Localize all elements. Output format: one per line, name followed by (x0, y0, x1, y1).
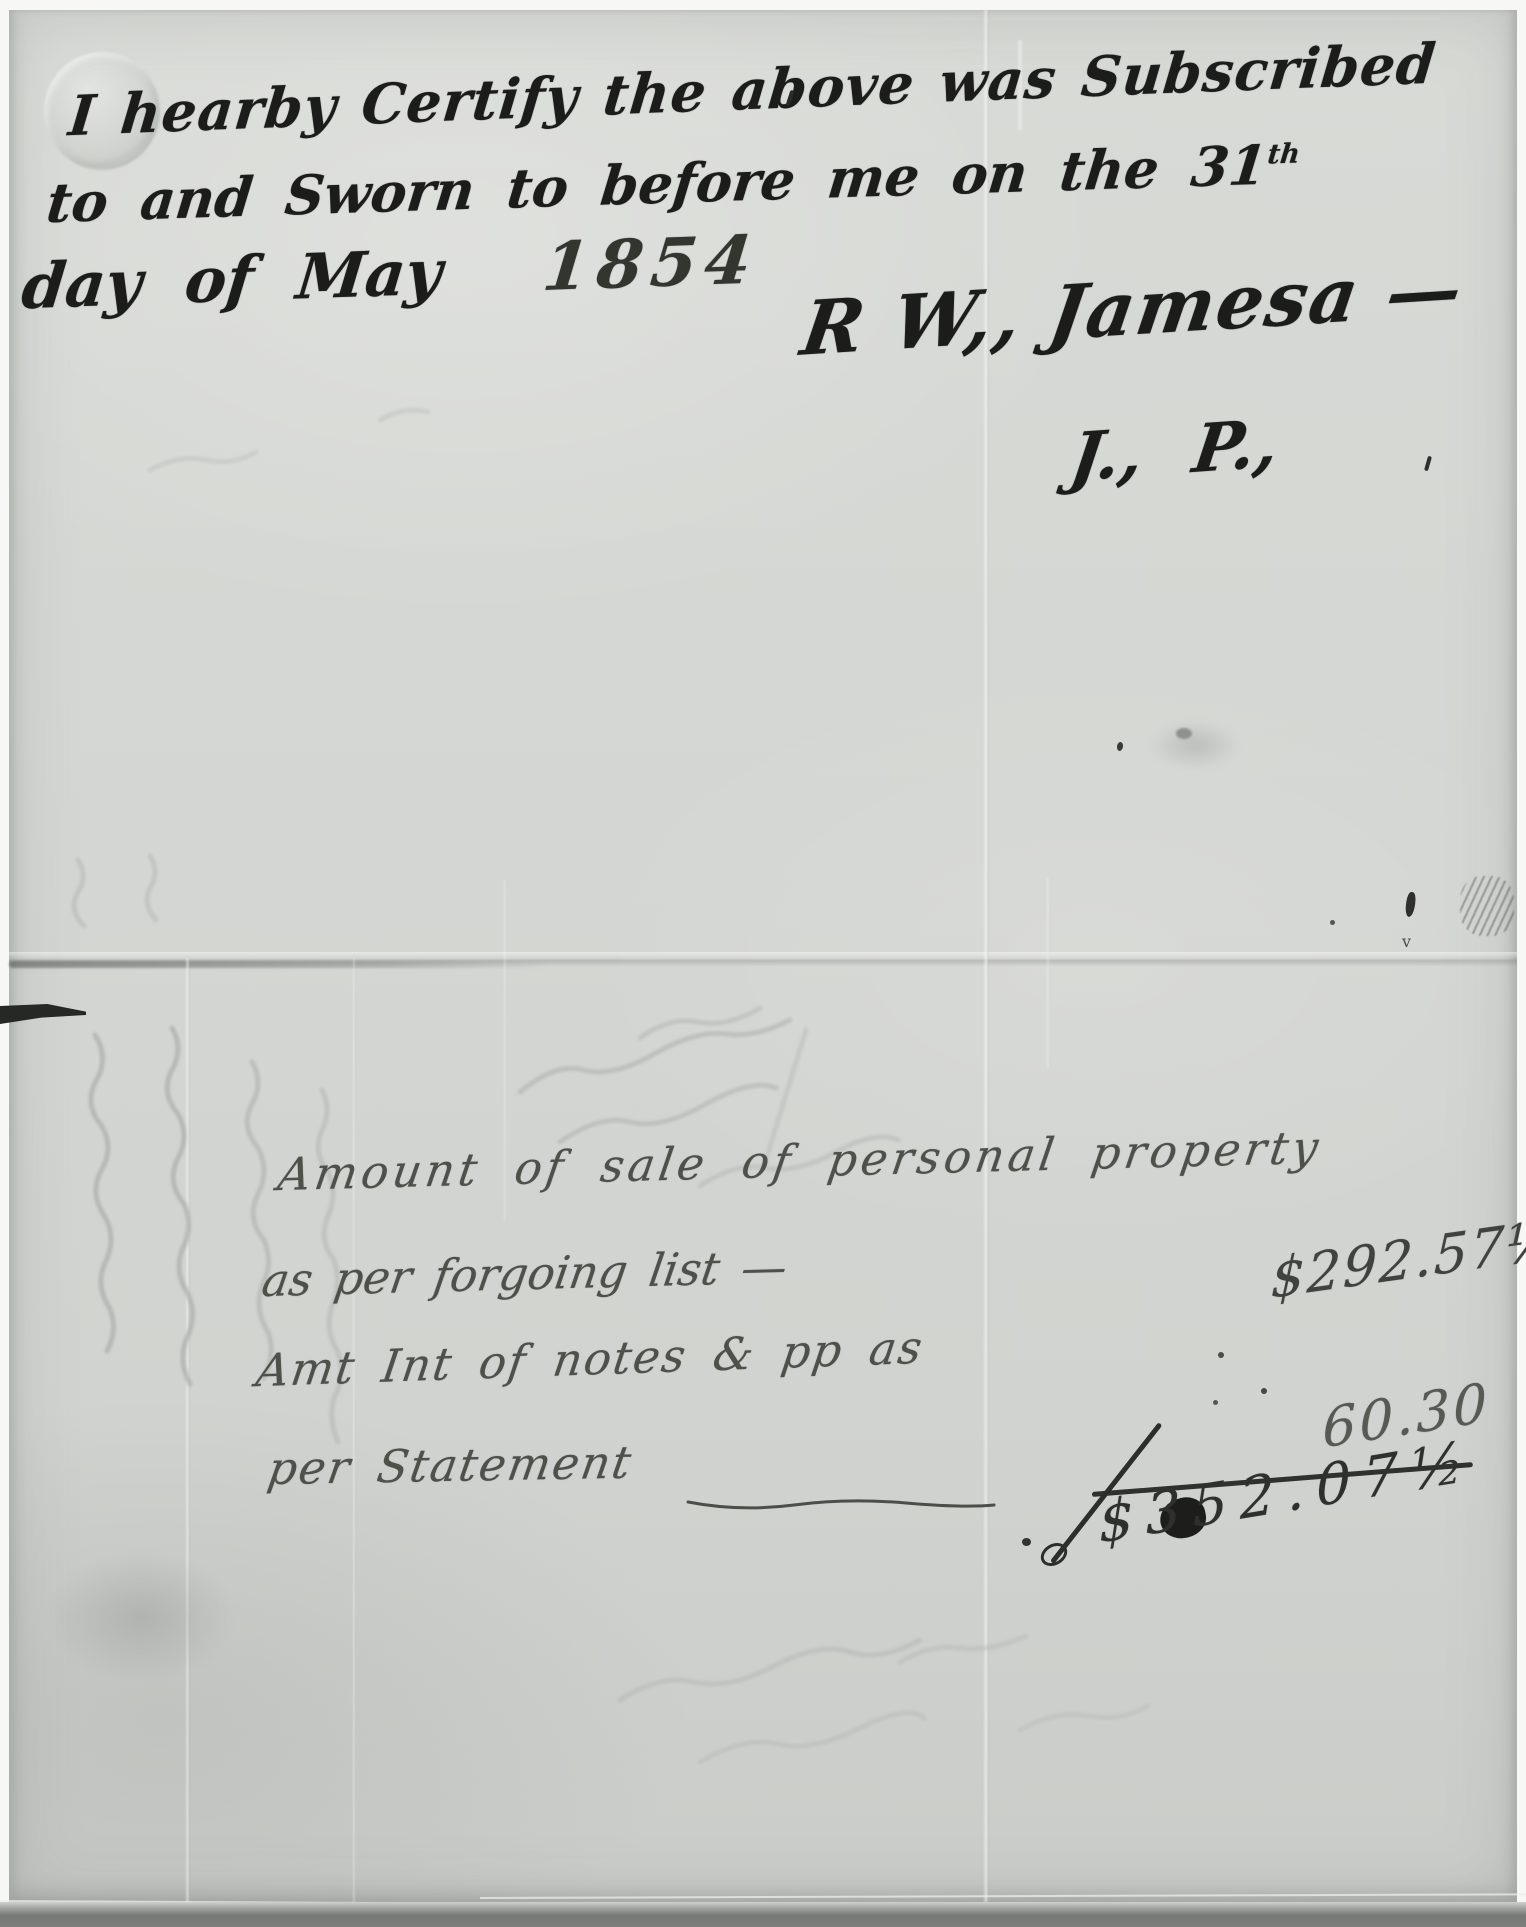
signature-title: J., P., (1067, 410, 1284, 491)
account-line-4: per Statement (265, 1440, 636, 1491)
day-number: 31 (1188, 133, 1270, 200)
day-ordinal-suffix: th (1266, 138, 1301, 170)
date-line-text: day of May (19, 235, 446, 323)
year: 1854 (539, 220, 763, 306)
scan-bed-edge (0, 1902, 1526, 1927)
account-line-2: as per forgoing list — (259, 1244, 790, 1303)
scanned-document-page: I hearby Certify the above was Subscribe… (0, 0, 1526, 1927)
signature-flourish: — (1381, 246, 1470, 338)
